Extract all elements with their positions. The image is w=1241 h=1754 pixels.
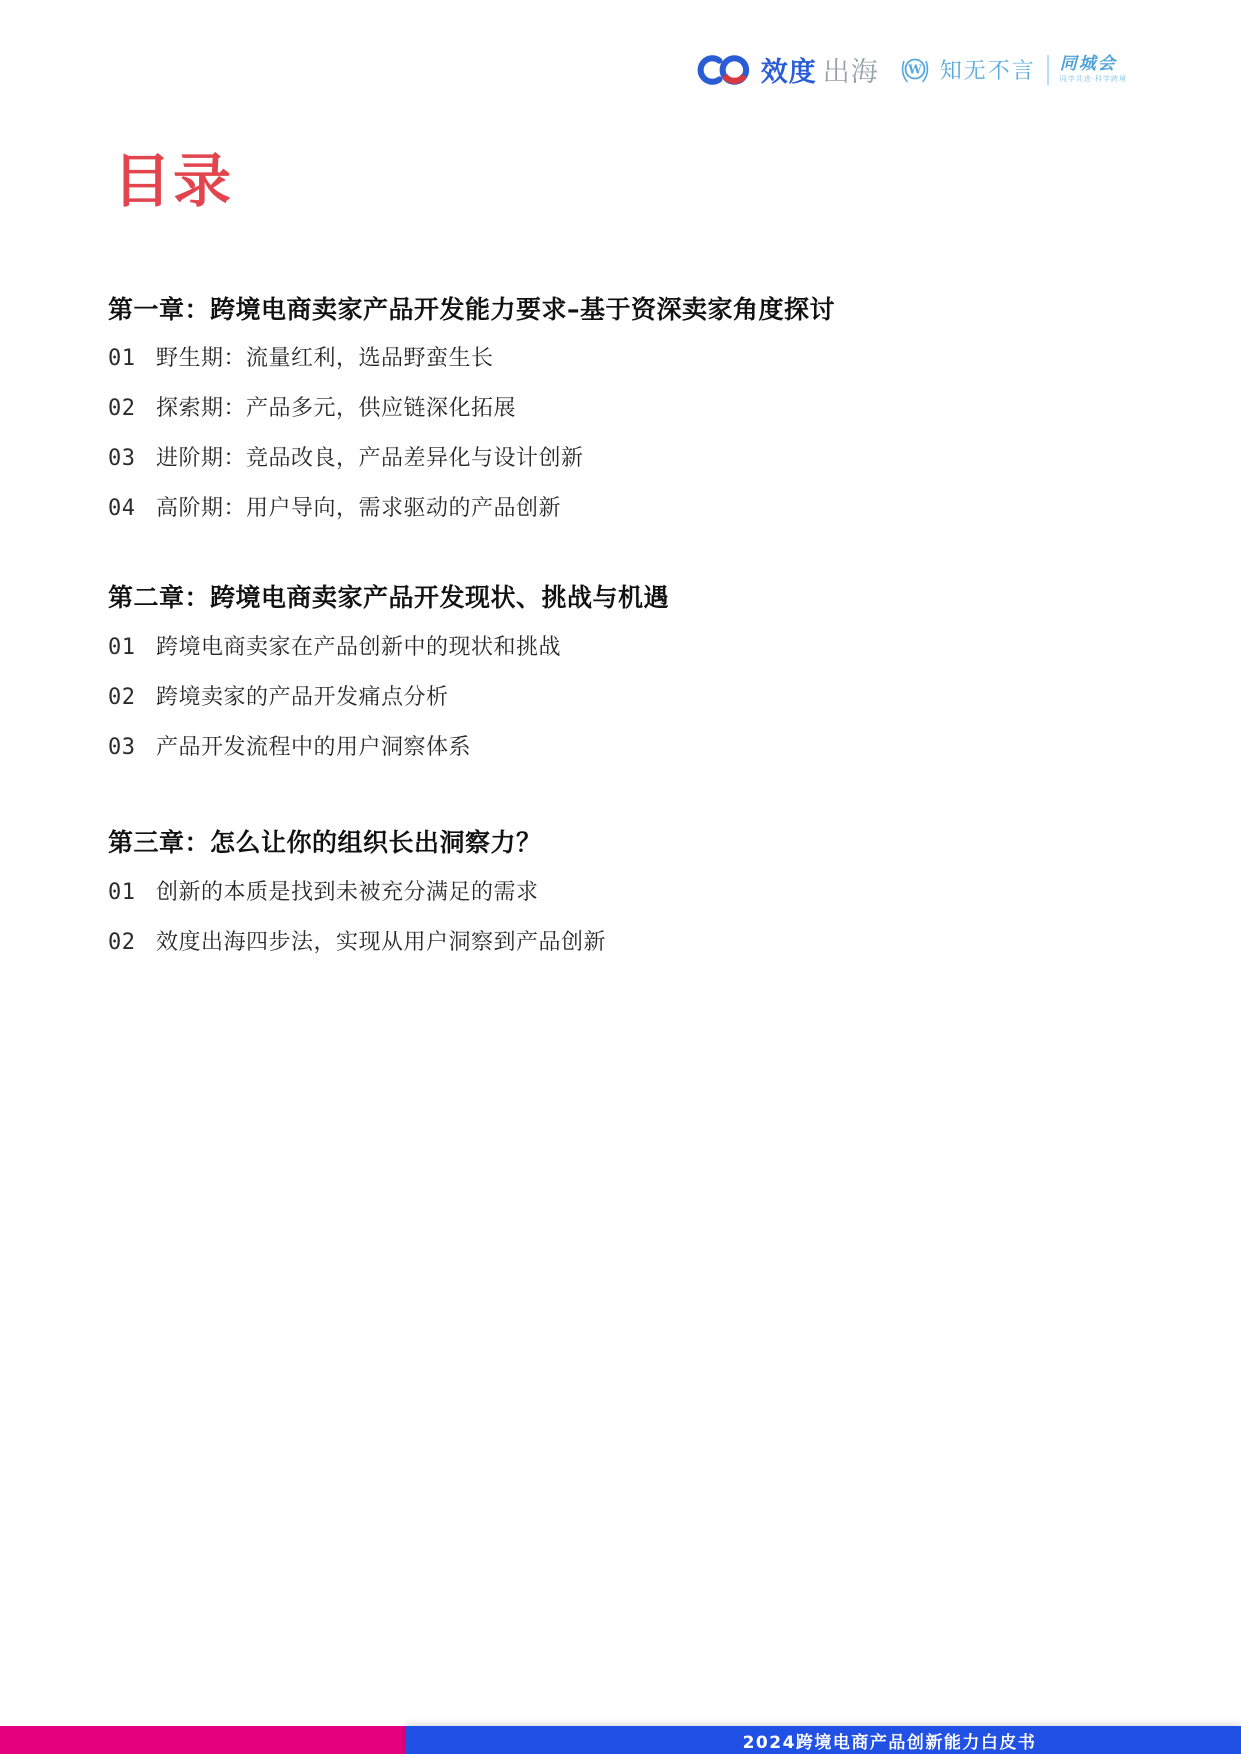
item-text: 产品开发流程中的用户洞察体系 <box>156 733 471 763</box>
badge-subtitle: 同学共进·科学跨境 <box>1060 76 1127 83</box>
item-text: 野生期：流量红利，选品野蛮生长 <box>156 344 494 374</box>
header-logos: 效度 出海 W 知无不言 同城会 同学共进·科学跨境 <box>695 50 1127 89</box>
footer-bar: 2024跨境电商产品创新能力白皮书 <box>0 1726 1241 1754</box>
chapter-3: 第三章：怎么让你的组织长出洞察力？ 01 创新的本质是找到未被充分满足的需求 0… <box>108 826 1141 958</box>
footer-blue-segment: 2024跨境电商产品创新能力白皮书 <box>406 1726 1241 1754</box>
item-number: 03 <box>108 733 142 763</box>
footer-title: 2024跨境电商产品创新能力白皮书 <box>743 1728 1037 1753</box>
item-text: 进阶期：竞品改良，产品差异化与设计创新 <box>156 444 584 474</box>
chapter-1-title: 第一章：跨境电商卖家产品开发能力要求–基于资深卖家角度探讨 <box>108 293 1141 327</box>
item-number: 02 <box>108 394 142 424</box>
co-logo-icon <box>695 51 755 89</box>
svg-text:W: W <box>907 62 922 76</box>
item-text: 探索期：产品多元，供应链深化拓展 <box>156 394 516 424</box>
toc-item: 02 探索期：产品多元，供应链深化拓展 <box>108 394 1141 424</box>
item-text: 跨境电商卖家在产品创新中的现状和挑战 <box>156 633 561 663</box>
item-number: 01 <box>108 633 142 663</box>
item-text: 高阶期：用户导向，需求驱动的产品创新 <box>156 494 561 524</box>
chapter-1: 第一章：跨境电商卖家产品开发能力要求–基于资深卖家角度探讨 01 野生期：流量红… <box>108 293 1141 525</box>
item-text: 跨境卖家的产品开发痛点分析 <box>156 683 449 713</box>
toc-item: 02 效度出海四步法，实现从用户洞察到产品创新 <box>108 928 1141 958</box>
toc-item: 01 野生期：流量红利，选品野蛮生长 <box>108 344 1141 374</box>
chapter-3-title: 第三章：怎么让你的组织长出洞察力？ <box>108 826 1141 860</box>
divider <box>1047 55 1049 85</box>
item-text: 创新的本质是找到未被充分满足的需求 <box>156 878 539 908</box>
table-of-contents: 第一章：跨境电商卖家产品开发能力要求–基于资深卖家角度探讨 01 野生期：流量红… <box>108 293 1141 958</box>
brand-xiaodu-chuhai: 效度 出海 <box>695 50 879 89</box>
item-number: 03 <box>108 444 142 474</box>
tongchenghui-badge: 同城会 同学共进·科学跨境 <box>1060 56 1127 83</box>
brand-suffix: 出海 <box>823 50 879 89</box>
brand-name: 效度 <box>761 50 817 89</box>
toc-item: 02 跨境卖家的产品开发痛点分析 <box>108 683 1141 713</box>
footer-pink-segment <box>0 1726 406 1754</box>
item-number: 04 <box>108 494 142 524</box>
laurel-w-icon: W <box>897 52 933 88</box>
chapter-2-title: 第二章：跨境电商卖家产品开发现状、挑战与机遇 <box>108 581 1141 615</box>
partner-name: 知无不言 <box>940 54 1036 85</box>
item-number: 02 <box>108 928 142 958</box>
page-title: 目录 <box>113 148 1241 215</box>
toc-item: 04 高阶期：用户导向，需求驱动的产品创新 <box>108 494 1141 524</box>
item-text: 效度出海四步法，实现从用户洞察到产品创新 <box>156 928 606 958</box>
badge-title: 同城会 <box>1060 56 1127 73</box>
toc-item: 03 产品开发流程中的用户洞察体系 <box>108 733 1141 763</box>
item-number: 01 <box>108 878 142 908</box>
toc-item: 01 创新的本质是找到未被充分满足的需求 <box>108 878 1141 908</box>
toc-item: 03 进阶期：竞品改良，产品差异化与设计创新 <box>108 444 1141 474</box>
item-number: 01 <box>108 344 142 374</box>
chapter-2: 第二章：跨境电商卖家产品开发现状、挑战与机遇 01 跨境电商卖家在产品创新中的现… <box>108 581 1141 763</box>
item-number: 02 <box>108 683 142 713</box>
toc-item: 01 跨境电商卖家在产品创新中的现状和挑战 <box>108 633 1141 663</box>
partner-zhiwubuyan: W 知无不言 同城会 同学共进·科学跨境 <box>897 52 1127 88</box>
